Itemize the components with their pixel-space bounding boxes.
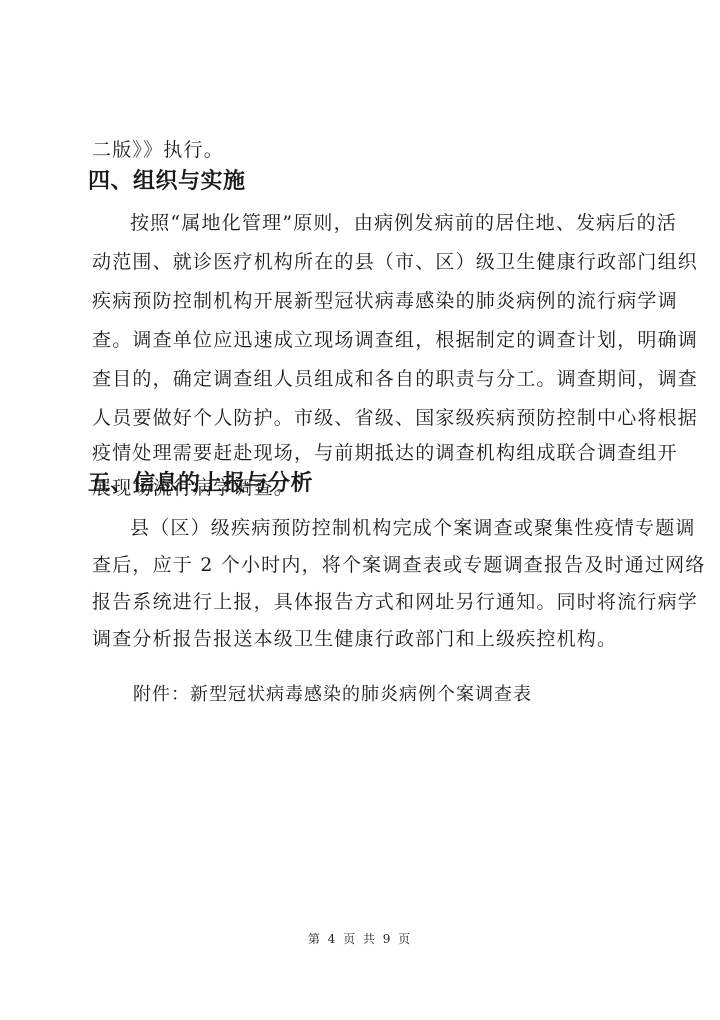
paragraph-line: 疾病预防控制机构开展新型冠状病毒感染的肺炎病例的流行病学调 — [92, 289, 632, 313]
paragraph-line: 查。调查单位应迅速成立现场调查组，根据制定的调查计划，明确调 — [92, 328, 632, 352]
paragraph-line: 动范围、就诊医疗机构所在的县（市、区）级卫生健康行政部门组织 — [92, 250, 632, 274]
paragraph-line: 查后，应于 2 个小时内，将个案调查表或专题调查报告及时通过网络 — [92, 553, 632, 577]
paragraph-line: 查目的，确定调查组人员组成和各自的职责与分工。调查期间，调查 — [92, 367, 632, 391]
paragraph-line: 报告系统进行上报，具体报告方式和网址另行通知。同时将流行病学 — [92, 590, 632, 614]
attachment-note: 附件：新型冠状病毒感染的肺炎病例个案调查表 — [133, 683, 532, 707]
section-heading-4: 四、组织与实施 — [88, 168, 246, 196]
paragraph-line: 疫情处理需要赶赴现场，与前期抵达的调查机构组成联合调查组开 — [92, 441, 632, 465]
paragraph-line: 县（区）级疾病预防控制机构完成个案调查或聚集性疫情专题调 — [130, 516, 670, 540]
document-page: 二版》》执行。 四、组织与实施 按照“属地化管理”原则，由病例发病前的居住地、发… — [0, 0, 720, 1020]
continuation-text: 二版》》执行。 — [92, 138, 632, 162]
paragraph-line: 按照“属地化管理”原则，由病例发病前的居住地、发病后的活 — [130, 211, 670, 235]
section-heading-5: 五、信息的上报与分析 — [88, 470, 313, 498]
paragraph-line: 调查分析报告报送本级卫生健康行政部门和上级疾控机构。 — [92, 627, 632, 651]
paragraph-line: 人员要做好个人防护。市级、省级、国家级疾病预防控制中心将根据 — [92, 406, 632, 430]
page-footer: 第 4 页 共 9 页 — [0, 930, 720, 947]
